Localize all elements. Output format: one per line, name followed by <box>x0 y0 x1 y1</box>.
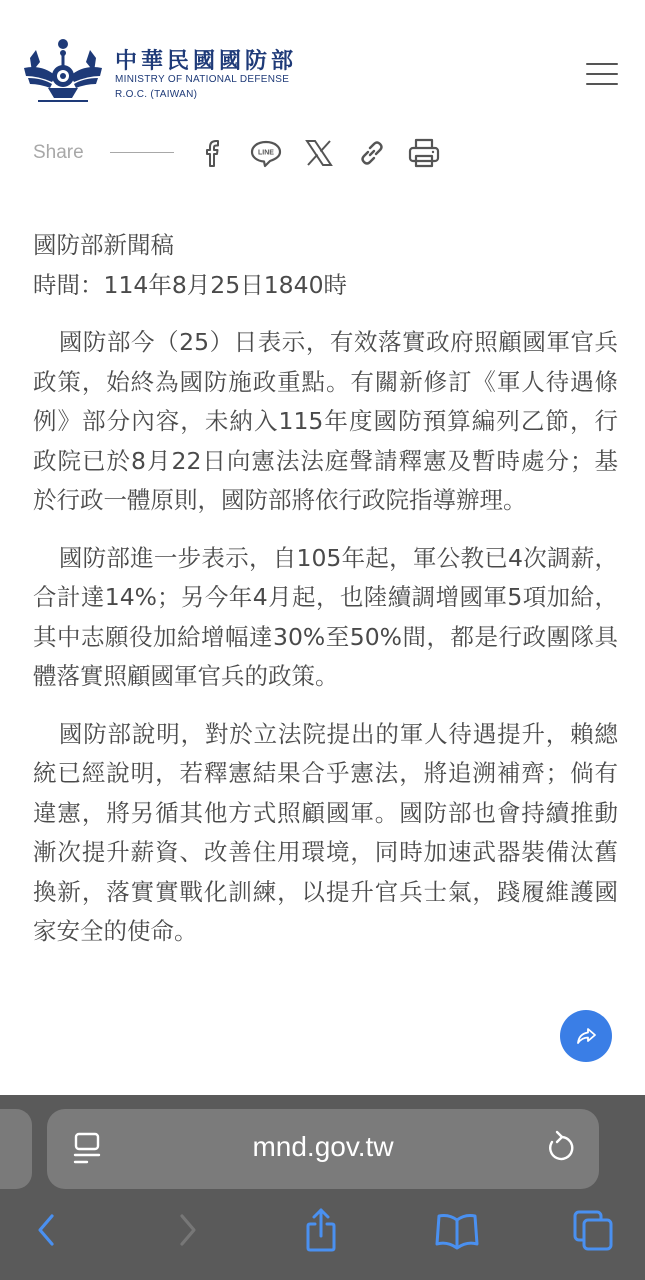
share-label: Share <box>33 142 84 164</box>
site-header: 中華民國國防部 MINISTRY OF NATIONAL DEFENSE R.O… <box>0 0 645 120</box>
article-paragraph: 國防部說明，對於立法院提出的軍人待遇提升，賴總統已經說明，若釋憲結果合乎憲法，將… <box>33 715 618 952</box>
svg-text:LINE: LINE <box>258 150 274 157</box>
brand-title-zh: 中華民國國防部 <box>115 44 297 75</box>
print-icon[interactable] <box>406 135 442 171</box>
line-icon[interactable]: LINE <box>248 135 284 171</box>
previous-tab-preview[interactable] <box>0 1109 32 1189</box>
share-forward-icon <box>574 1024 598 1048</box>
hamburger-menu-icon[interactable] <box>586 63 618 89</box>
tabs-icon[interactable] <box>568 1205 618 1255</box>
x-icon[interactable] <box>301 135 337 171</box>
address-bar[interactable]: mnd.gov.tw <box>47 1109 599 1189</box>
back-icon[interactable] <box>22 1205 72 1255</box>
floating-share-button[interactable] <box>560 1010 612 1062</box>
brand-title-en: MINISTRY OF NATIONAL DEFENSE <box>115 74 289 85</box>
share-icon[interactable] <box>296 1205 346 1255</box>
forward-icon[interactable] <box>162 1205 212 1255</box>
share-divider <box>110 152 174 153</box>
brand-subtitle-en: R.O.C. (TAIWAN) <box>115 89 197 100</box>
mnd-emblem-icon[interactable] <box>22 38 104 106</box>
url-text[interactable]: mnd.gov.tw <box>47 1131 599 1163</box>
facebook-icon[interactable] <box>195 135 231 171</box>
share-bar: Share LINE <box>0 130 645 176</box>
link-icon[interactable] <box>354 135 390 171</box>
press-time: 時間：114年8月25日1840時 <box>33 266 618 306</box>
safari-bottom-bar: mnd.gov.tw <box>0 1095 645 1280</box>
safari-toolbar <box>0 1195 645 1280</box>
bookmarks-icon[interactable] <box>432 1205 482 1255</box>
press-source: 國防部新聞稿 <box>33 226 618 266</box>
article-paragraph: 國防部進一步表示，自105年起，軍公教已4次調薪，合計達14%；另今年4月起，也… <box>33 539 618 697</box>
article-paragraph: 國防部今（25）日表示，有效落實政府照顧國軍官兵政策，始終為國防施政重點。有關新… <box>33 323 618 521</box>
press-release: 國防部新聞稿 時間：114年8月25日1840時 國防部今（25）日表示，有效落… <box>33 226 618 970</box>
reload-icon[interactable] <box>543 1129 577 1167</box>
